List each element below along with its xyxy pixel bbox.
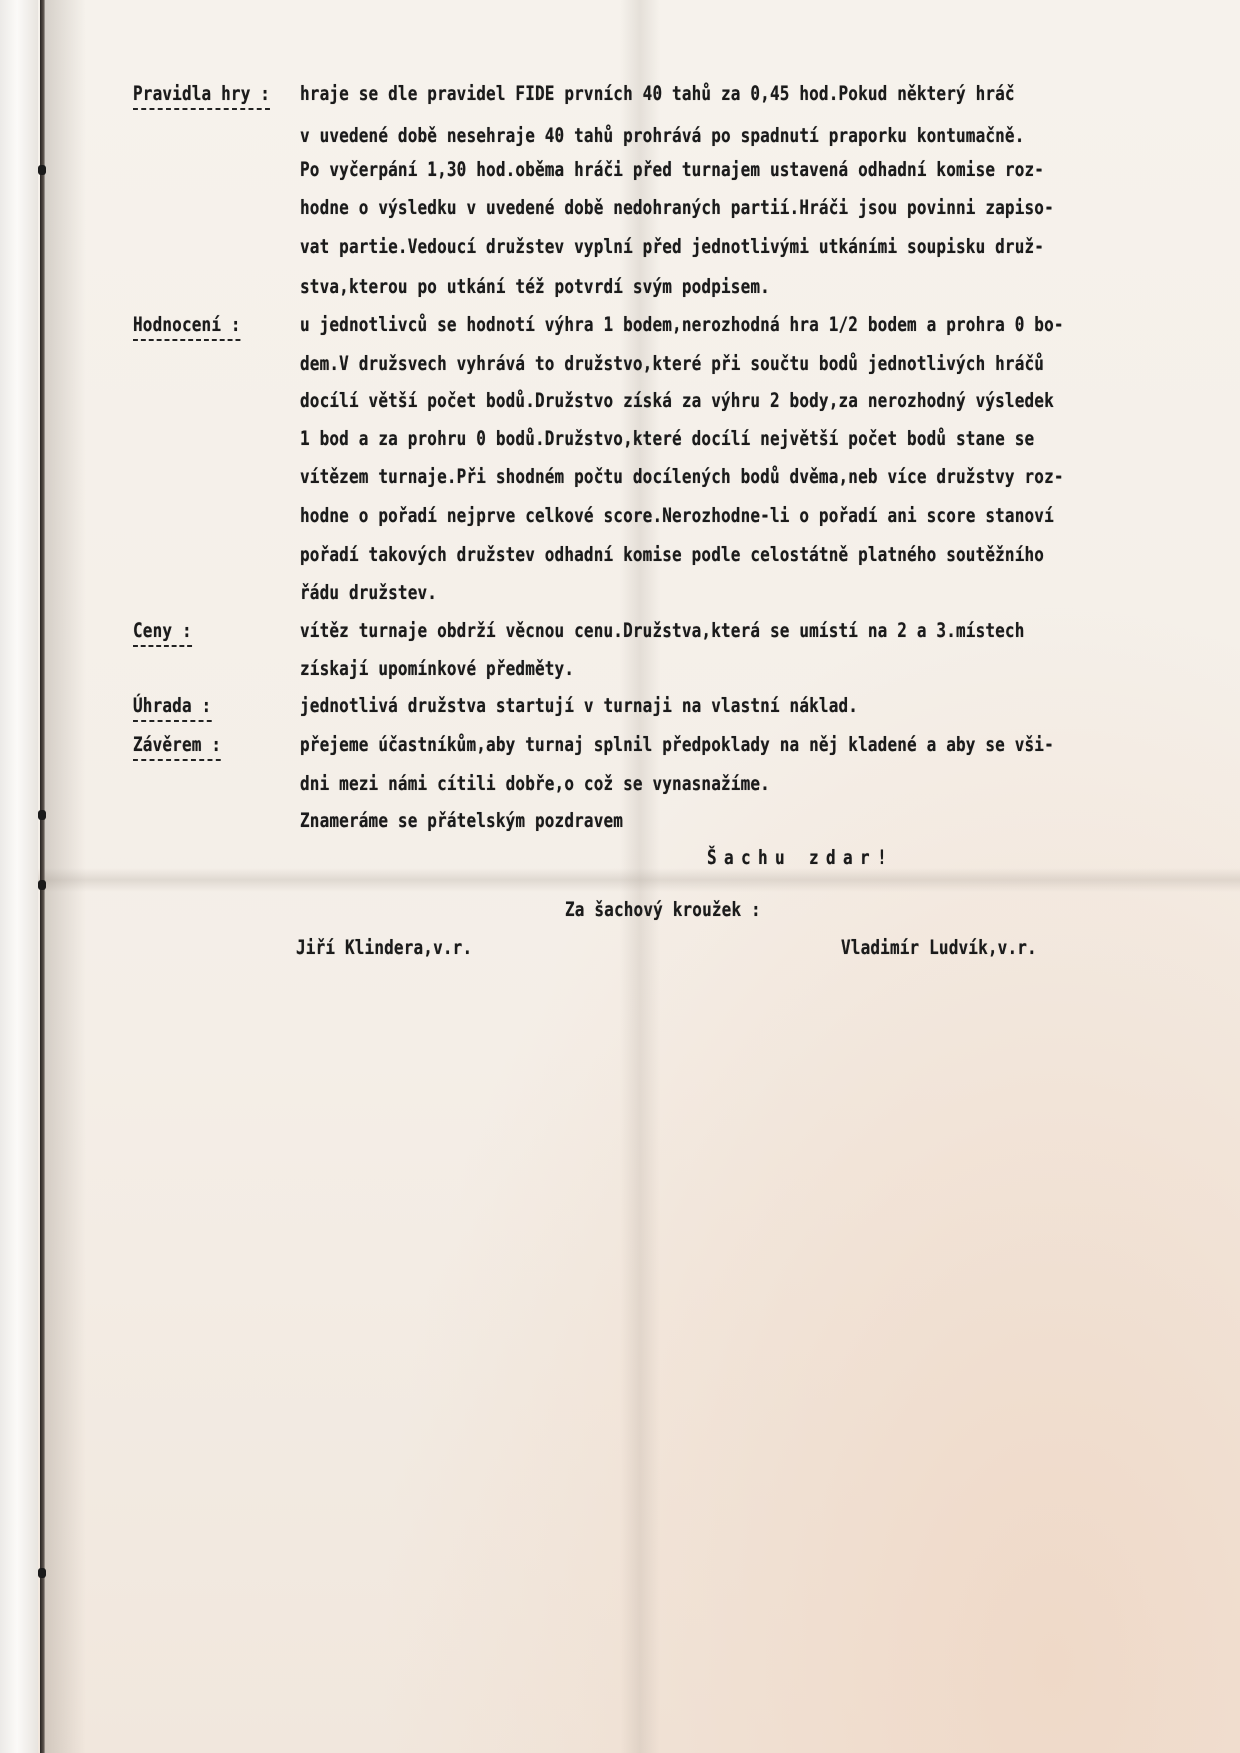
conclusion-line: dni mezi námi cítili dobře,o což se vyna… [300, 774, 770, 794]
section-label-payment: Úhrada : [133, 696, 211, 716]
scoring-line: docílí větší počet bodů.Družstvo získá z… [300, 391, 1054, 411]
scoring-line: hodne o pořadí nejprve celkové score.Ner… [300, 506, 1054, 526]
scoring-line: 1 bod a za prohru 0 bodů.Družstvo,které … [300, 429, 1034, 449]
section-label-conclusion: Závěrem : [133, 735, 221, 755]
rules-line: hodne o výsledku v uvedené době nedohran… [300, 198, 1054, 218]
staple-mark [38, 880, 46, 890]
label-text: Závěrem : [133, 733, 221, 761]
label-text: Ceny : [133, 619, 192, 647]
closing-motto: Šachu zdar! [707, 848, 894, 868]
signatory-2: Vladimír Ludvík,v.r. [841, 938, 1037, 958]
on-behalf-line: Za šachový kroužek : [565, 900, 761, 920]
rules-line: v uvedené době nesehraje 40 tahů prohráv… [300, 126, 1025, 146]
staple-mark [38, 165, 46, 175]
staple-mark [38, 810, 46, 820]
prizes-line: vítěz turnaje obdrží věcnou cenu.Družstv… [300, 621, 1025, 641]
closing-greeting: Znameráme se přátelským pozdravem [300, 811, 623, 831]
label-text: Úhrada : [133, 694, 211, 722]
scoring-line: u jednotlivců se hodnotí výhra 1 bodem,n… [300, 315, 1064, 335]
label-text: Hodnocení : [133, 313, 241, 341]
scoring-line: vítězem turnaje.Při shodném počtu docíle… [300, 467, 1064, 487]
scanned-document-page: Pravidla hry : hraje se dle pravidel FID… [0, 0, 1240, 1753]
rules-line: Po vyčerpání 1,30 hod.oběma hráči před t… [300, 160, 1044, 180]
conclusion-line: přejeme účastníkům,aby turnaj splnil pře… [300, 735, 1054, 755]
rules-line: hraje se dle pravidel FIDE prvních 40 ta… [300, 84, 1015, 104]
scoring-line: dem.V družsvech vyhrává to družstvo,kter… [300, 354, 1044, 374]
payment-line: jednotlivá družstva startují v turnaji n… [300, 696, 858, 716]
signatory-1: Jiří Klindera,v.r. [296, 938, 472, 958]
scoring-line: pořadí takových družstev odhadní komise … [300, 545, 1044, 565]
scoring-line: řádu družstev. [300, 583, 437, 603]
label-text: Pravidla hry : [133, 82, 270, 110]
staple-mark [38, 1568, 46, 1578]
section-label-prizes: Ceny : [133, 621, 192, 641]
section-label-rules: Pravidla hry : [133, 84, 270, 104]
rules-line: stva,kterou po utkání též potvrdí svým p… [300, 277, 770, 297]
rules-line: vat partie.Vedoucí družstev vyplní před … [300, 237, 1044, 257]
prizes-line: získají upomínkové předměty. [300, 659, 574, 679]
binding-strip [0, 0, 38, 1753]
binding-shadow [46, 0, 86, 1753]
section-label-scoring: Hodnocení : [133, 315, 241, 335]
